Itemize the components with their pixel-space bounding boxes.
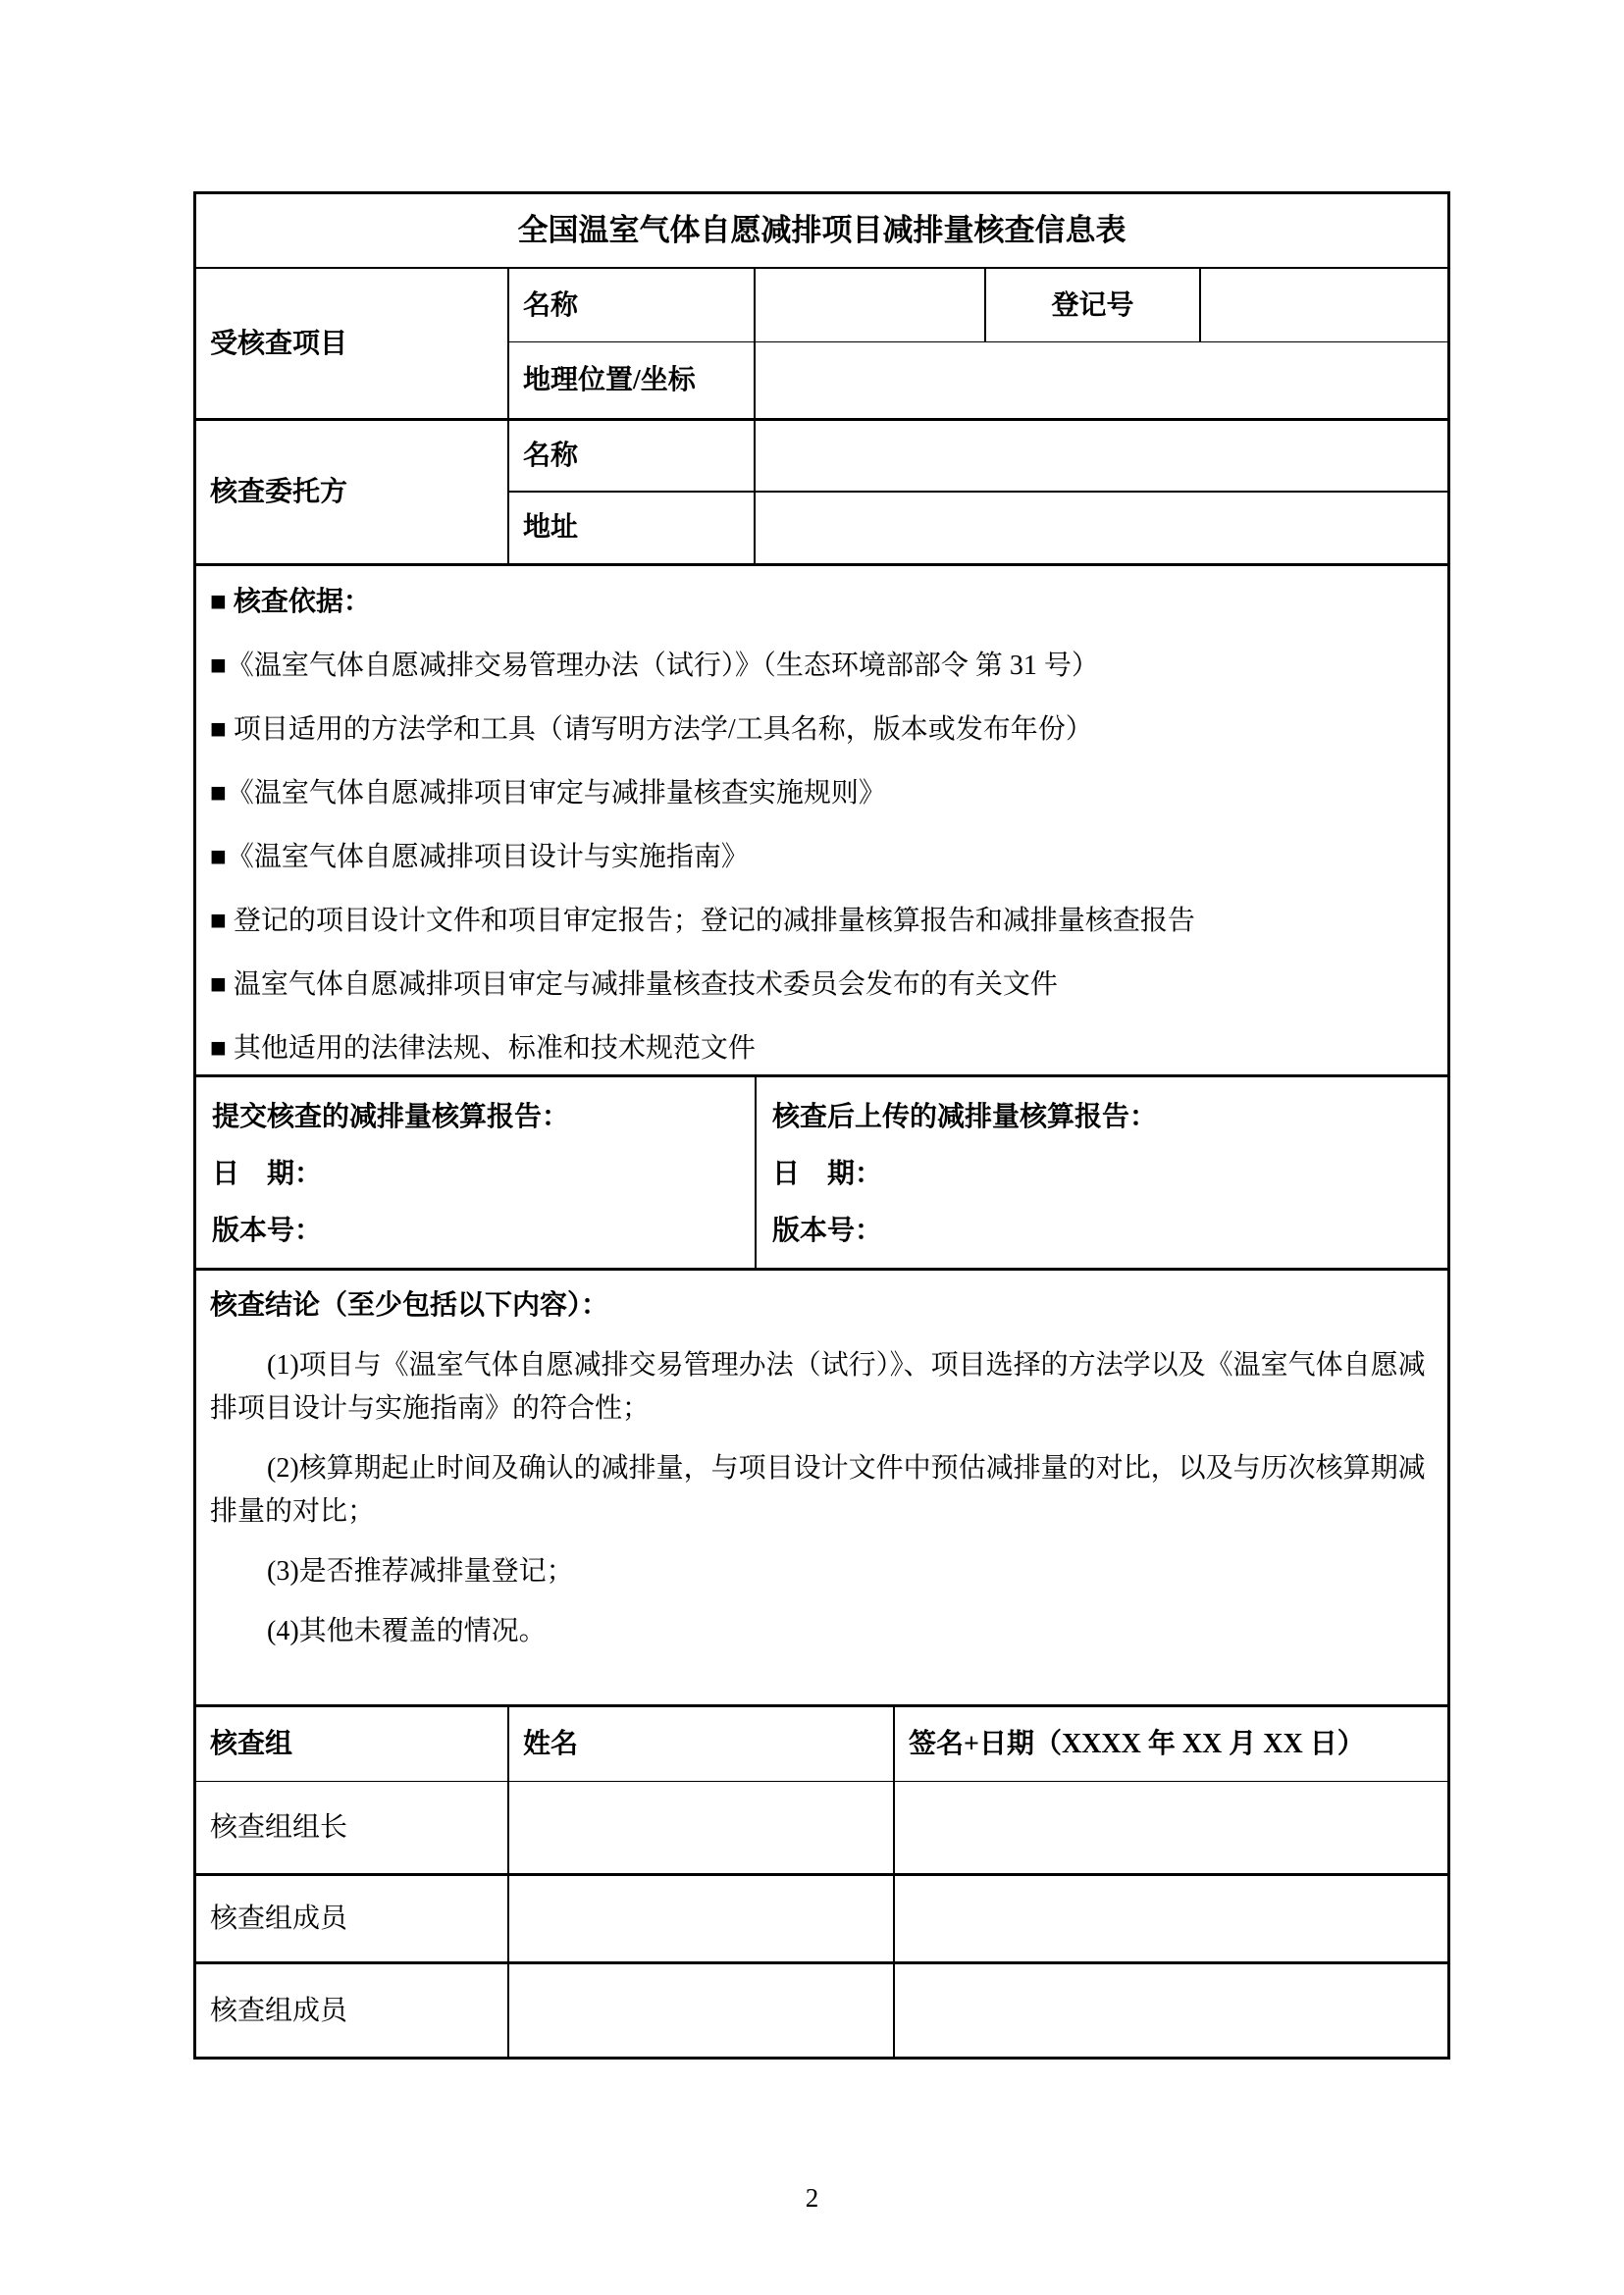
uploaded-report-date-label: 日 期：: [772, 1146, 1438, 1203]
team-signature-cell: [895, 1876, 1447, 1961]
submitted-report-title: 提交核查的减排量核算报告：: [212, 1089, 745, 1146]
registration-number-value: [1201, 269, 1447, 341]
client-address-label: 地址: [509, 493, 756, 564]
project-name-value: [756, 269, 986, 341]
basis-item: ■ 温室气体自愿减排项目审定与减排量核查技术委员会发布的有关文件: [210, 953, 1432, 1017]
basis-header: ■ 核查依据：: [210, 570, 1432, 634]
team-row: 核查组成员: [196, 1964, 1447, 2057]
conclusion-item: (2)核算期起止时间及确认的减排量，与项目设计文件中预估减排量的对比，以及与历次…: [210, 1447, 1430, 1534]
basis-item: ■ 登记的项目设计文件和项目审定报告；登记的减排量核算报告和减排量核查报告: [210, 889, 1432, 953]
team-signature-cell: [895, 1964, 1447, 2057]
location-label: 地理位置/坐标: [509, 342, 756, 418]
conclusion-item: (3)是否推荐减排量登记；: [210, 1550, 1430, 1593]
audited-project-label: 受核查项目: [196, 269, 509, 418]
basis-item: ■ 项目适用的方法学和工具（请写明方法学/工具名称，版本或发布年份）: [210, 698, 1432, 761]
document-page: 全国温室气体自愿减排项目减排量核查信息表 受核查项目 名称 登记号 地理位置/坐…: [0, 0, 1624, 2295]
conclusion-item: (1)项目与《温室气体自愿减排交易管理办法（试行）》、项目选择的方法学以及《温室…: [210, 1344, 1430, 1431]
uploaded-report-cell: 核查后上传的减排量核算报告： 日 期： 版本号：: [757, 1077, 1447, 1268]
verification-basis-section: ■ 核查依据： ■《温室气体自愿减排交易管理办法（试行）》（生态环境部部令 第 …: [196, 566, 1447, 1077]
team-row: 核查组成员: [196, 1876, 1447, 1964]
basis-item: ■《温室气体自愿减排项目审定与减排量核查实施规则》: [210, 761, 1432, 825]
conclusion-header: 核查结论（至少包括以下内容）：: [210, 1284, 1430, 1328]
client-label: 核查委托方: [196, 421, 509, 563]
submitted-report-date-label: 日 期：: [212, 1146, 745, 1203]
project-name-label: 名称: [509, 269, 756, 341]
team-group-header: 核查组: [196, 1707, 509, 1781]
submitted-report-cell: 提交核查的减排量核算报告： 日 期： 版本号：: [196, 1077, 757, 1268]
basis-item: ■《温室气体自愿减排交易管理办法（试行）》（生态环境部部令 第 31 号）: [210, 634, 1432, 698]
team-row: 核查组组长: [196, 1782, 1447, 1876]
verification-info-table: 全国温室气体自愿减排项目减排量核查信息表 受核查项目 名称 登记号 地理位置/坐…: [193, 191, 1450, 2060]
client-address-value: [756, 493, 1447, 564]
basis-item: ■《温室气体自愿减排项目设计与实施指南》: [210, 825, 1432, 889]
conclusion-section: 核查结论（至少包括以下内容）： (1)项目与《温室气体自愿减排交易管理办法（试行…: [196, 1271, 1447, 1707]
team-name-cell: [509, 1876, 895, 1961]
conclusion-item: (4)其他未覆盖的情况。: [210, 1610, 1430, 1653]
team-header-row: 核查组 姓名 签名+日期（XXXX 年 XX 月 XX 日）: [196, 1707, 1447, 1782]
table-title: 全国温室气体自愿减排项目减排量核查信息表: [196, 194, 1447, 267]
basis-item: ■ 其他适用的法律法规、标准和技术规范文件: [210, 1017, 1432, 1080]
page-number: 2: [0, 2183, 1624, 2214]
client-name-label: 名称: [509, 421, 756, 491]
team-name-header: 姓名: [509, 1707, 895, 1781]
team-name-cell: [509, 1964, 895, 2057]
team-role-label: 核查组成员: [196, 1876, 509, 1961]
team-role-label: 核查组组长: [196, 1782, 509, 1873]
location-value: [756, 342, 1447, 418]
registration-number-label: 登记号: [986, 269, 1201, 341]
team-role-label: 核查组成员: [196, 1964, 509, 2057]
client-section: 核查委托方 名称 地址: [196, 421, 1447, 566]
audited-project-section: 受核查项目 名称 登记号 地理位置/坐标: [196, 269, 1447, 421]
uploaded-report-title: 核查后上传的减排量核算报告：: [772, 1089, 1438, 1146]
client-name-value: [756, 421, 1447, 491]
team-signature-header: 签名+日期（XXXX 年 XX 月 XX 日）: [895, 1707, 1447, 1781]
uploaded-report-version-label: 版本号：: [772, 1203, 1438, 1260]
team-signature-cell: [895, 1782, 1447, 1873]
team-name-cell: [509, 1782, 895, 1873]
submitted-report-version-label: 版本号：: [212, 1203, 745, 1260]
reports-section: 提交核查的减排量核算报告： 日 期： 版本号： 核查后上传的减排量核算报告： 日…: [196, 1077, 1447, 1271]
